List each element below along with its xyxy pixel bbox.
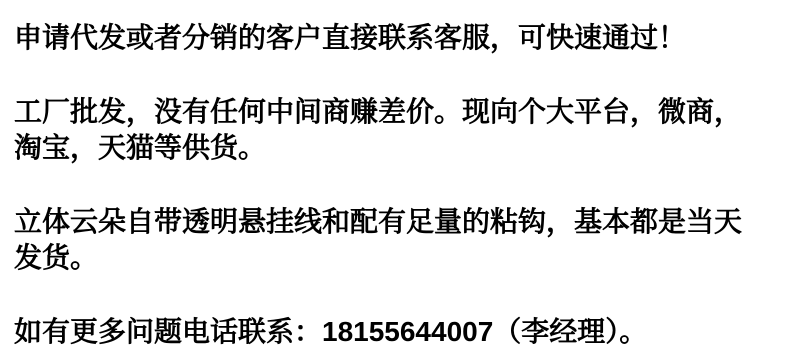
text-line: 工厂批发，没有任何中间商赚差价。现向个大平台，微商， <box>14 94 776 130</box>
text-line: 淘宝，天猫等供货。 <box>14 130 776 166</box>
text-line: 如有更多问题电话联系：18155644007（李经理）。 <box>14 314 776 350</box>
text-line: 立体云朵自带透明悬挂线和配有足量的粘钩，基本都是当天 <box>14 204 776 240</box>
text-line: 发货。 <box>14 240 776 276</box>
paragraph-product-shipping: 立体云朵自带透明悬挂线和配有足量的粘钩，基本都是当天 发货。 <box>14 204 776 276</box>
paragraph-factory-wholesale: 工厂批发，没有任何中间商赚差价。现向个大平台，微商， 淘宝，天猫等供货。 <box>14 94 776 166</box>
text-line: 申请代发或者分销的客户直接联系客服，可快速通过！ <box>14 20 776 56</box>
document-page: 申请代发或者分销的客户直接联系客服，可快速通过！ 工厂批发，没有任何中间商赚差价… <box>0 0 790 364</box>
paragraph-contact-phone: 如有更多问题电话联系：18155644007（李经理）。 <box>14 314 776 350</box>
paragraph-dropship-notice: 申请代发或者分销的客户直接联系客服，可快速通过！ <box>14 20 776 56</box>
